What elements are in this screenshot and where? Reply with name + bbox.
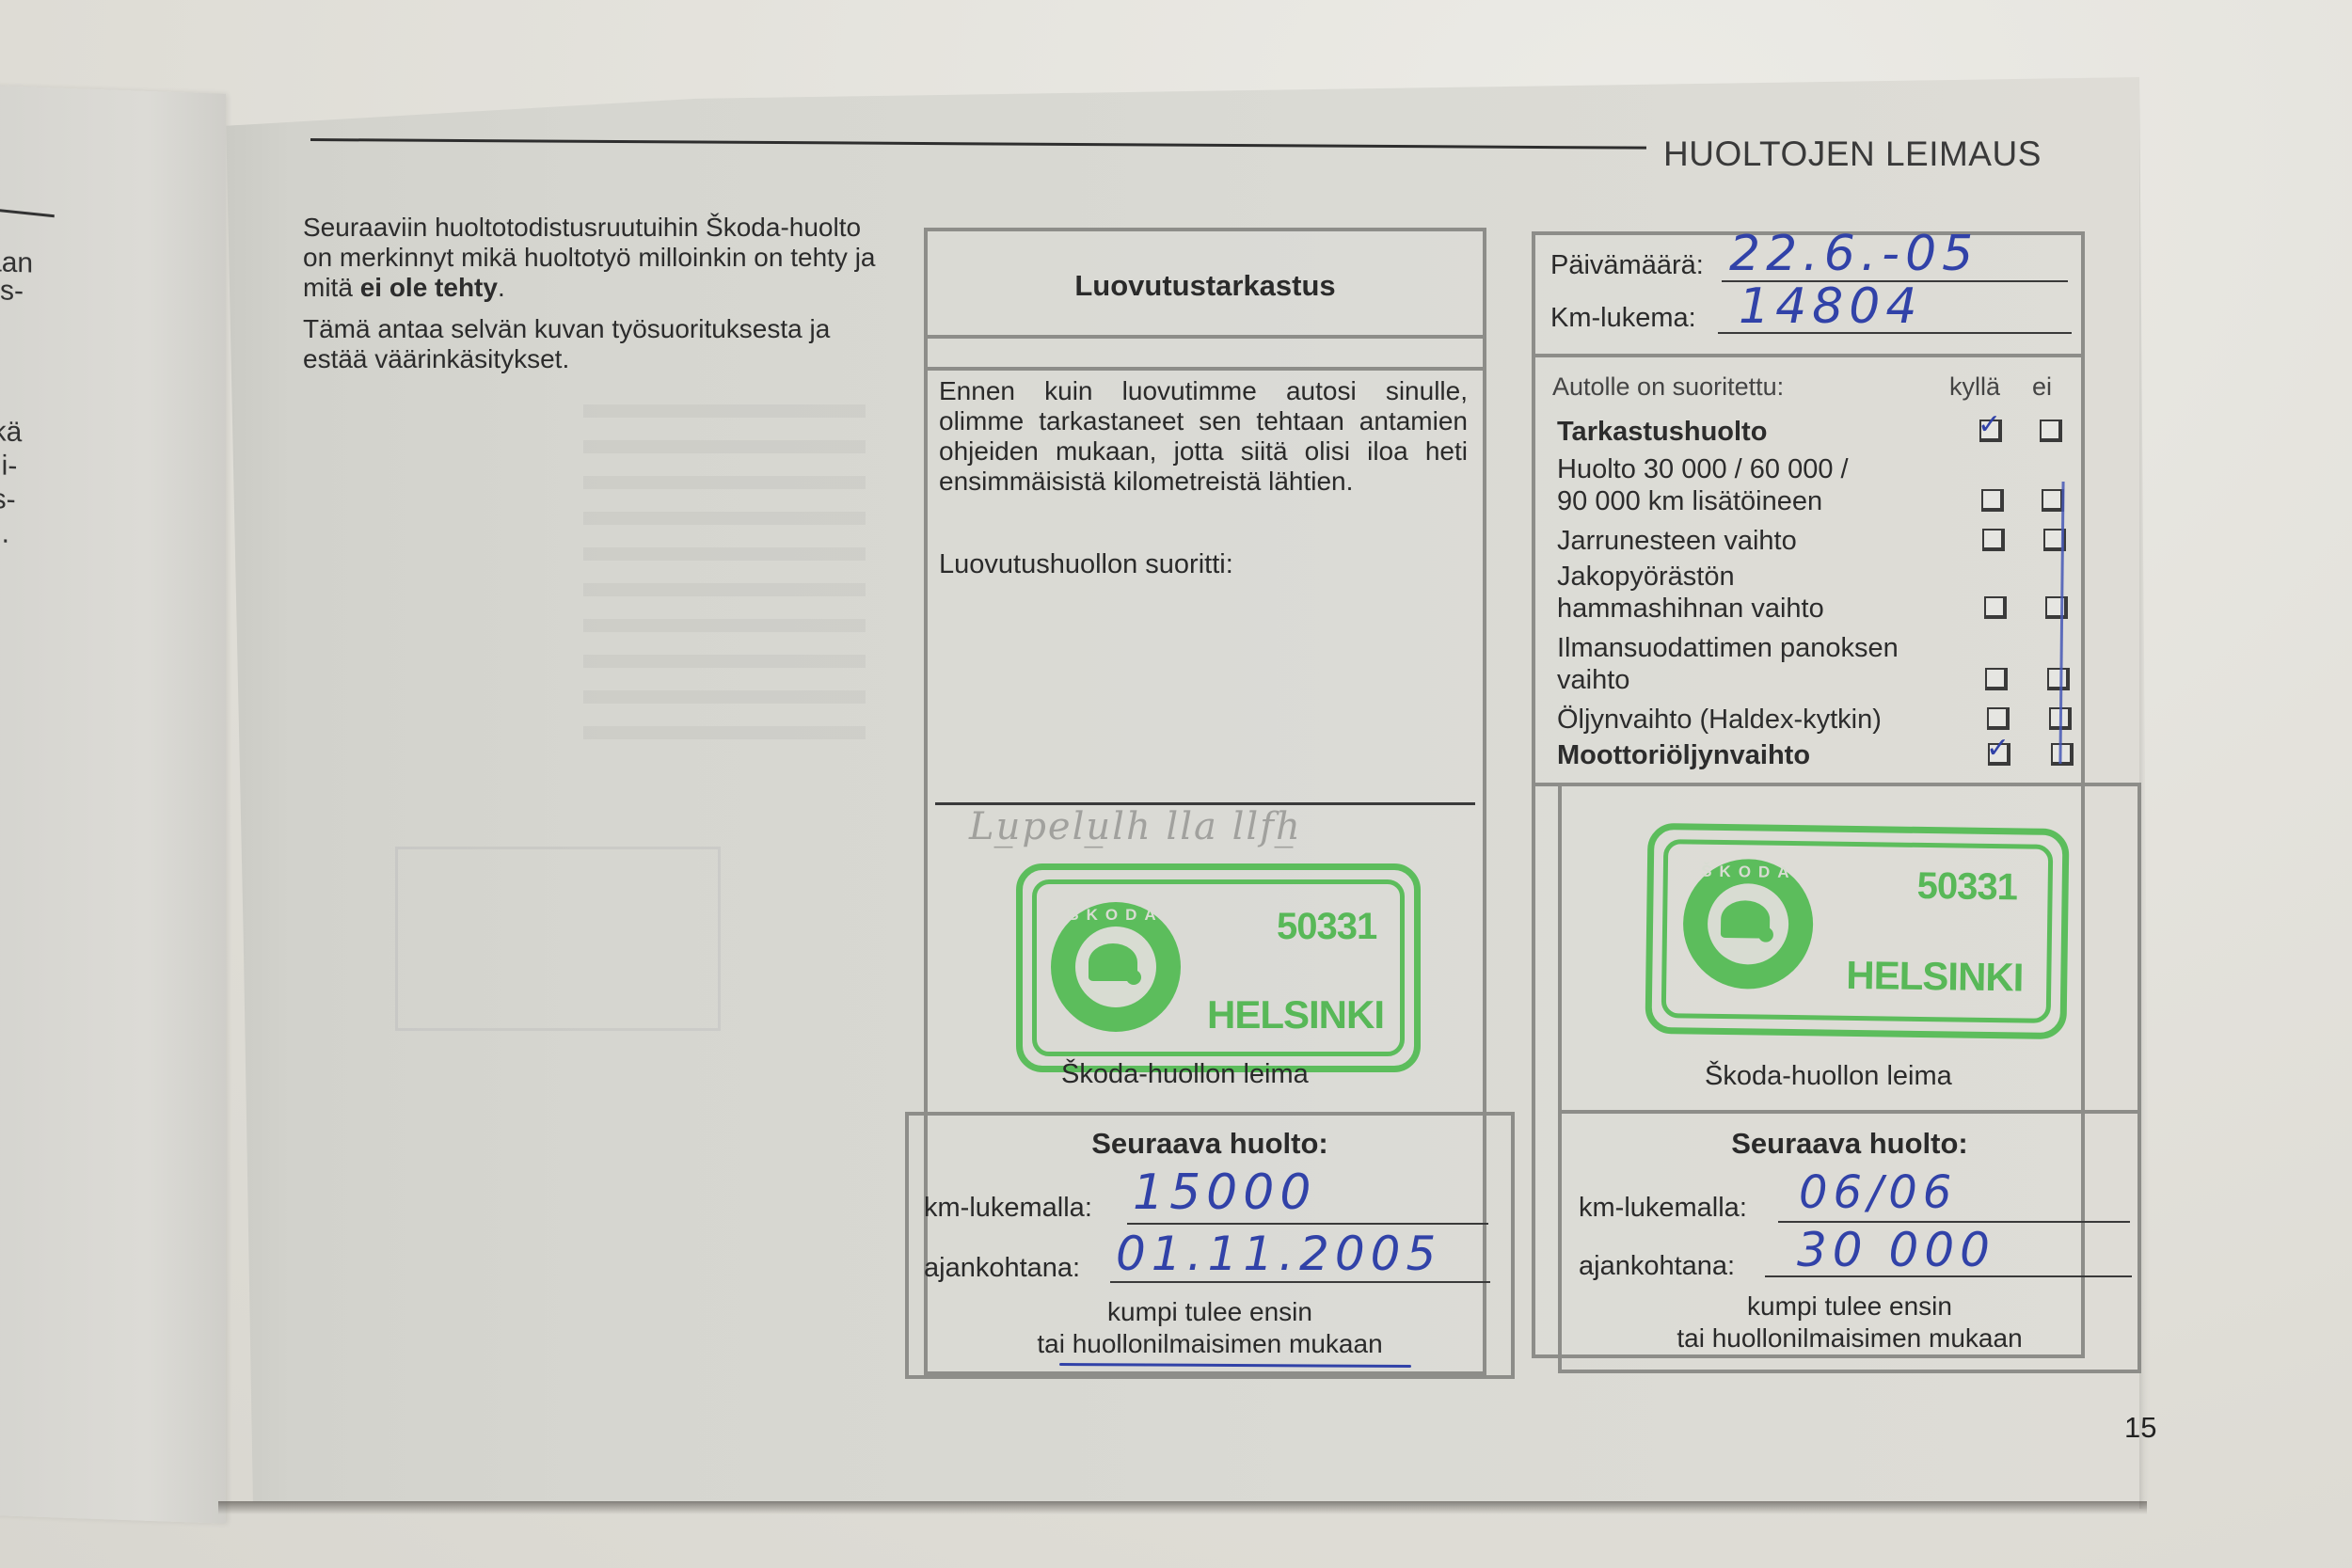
checklist-item: Huolto 30 000 / 60 000 / 90 000 km lisät… bbox=[1557, 453, 1867, 517]
stamp-dealer-number: 50331 bbox=[1277, 906, 1376, 948]
next-date-line bbox=[1110, 1281, 1490, 1283]
left-text-fragment: sä). bbox=[0, 515, 9, 551]
next-service-title: Seuraava huolto: bbox=[1562, 1127, 2137, 1161]
next-date-value[interactable]: 01.11.2005 bbox=[1116, 1227, 1441, 1281]
performed-by-label: Luovutushuollon suoritti: bbox=[939, 549, 1233, 580]
checkbox-no[interactable] bbox=[2051, 743, 2074, 766]
left-text-fragment: ami- bbox=[0, 448, 17, 483]
checkbox-no[interactable] bbox=[2045, 596, 2068, 619]
service-date-label: Päivämäärä: bbox=[1550, 250, 1704, 281]
next-km-line bbox=[1127, 1223, 1488, 1225]
next-service-note: kumpi tulee ensin tai huollonilmaisimen … bbox=[909, 1296, 1511, 1360]
checklist-item: Ilmansuodattimen panoksen vaihto bbox=[1557, 632, 1952, 696]
checklist-item: Tarkastushuolto bbox=[1557, 416, 1933, 448]
checkbox-no[interactable] bbox=[2040, 420, 2062, 442]
checkbox-yes[interactable] bbox=[1987, 707, 2010, 730]
left-header-rule bbox=[0, 205, 55, 217]
next-date-label: ajankohtana: bbox=[924, 1253, 1080, 1284]
checkbox-yes[interactable] bbox=[1984, 596, 2007, 619]
left-text-fragment: sekä bbox=[0, 414, 22, 450]
card-divider bbox=[924, 367, 1486, 371]
service-date-value[interactable]: 22.6.-05 bbox=[1729, 226, 1979, 282]
left-text-fragment: stus- bbox=[0, 273, 24, 309]
service-km-value[interactable]: 14804 bbox=[1739, 278, 1922, 335]
intro-text: Seuraaviin huoltotodistusruutuihin Škoda… bbox=[303, 213, 886, 386]
checklist-item: Moottoriöljynvaihto bbox=[1557, 739, 1971, 771]
stamp-city: HELSINKI bbox=[1207, 992, 1384, 1037]
page-number: 15 bbox=[2124, 1411, 2156, 1445]
stamp-caption: Škoda-huollon leima bbox=[1705, 1061, 1952, 1092]
left-text-fragment: ses- bbox=[0, 482, 16, 517]
page-edge-shadow bbox=[218, 1501, 2147, 1514]
stamp-city: HELSINKI bbox=[1846, 953, 2024, 1001]
next-km-label: km-lukemalla: bbox=[924, 1193, 1092, 1224]
intro-paragraph-2: Tämä antaa selvän kuvan työsuorituksesta… bbox=[303, 314, 886, 374]
page-title: HUOLTOJEN LEIMAUS bbox=[1663, 135, 2042, 174]
checkbox-yes[interactable] bbox=[1982, 529, 2005, 551]
col-no-header: ei bbox=[2032, 372, 2052, 402]
checkbox-yes[interactable] bbox=[1981, 489, 2004, 512]
check-mark-icon: ✓ bbox=[1986, 732, 2010, 765]
card-divider bbox=[924, 335, 1486, 339]
next-date-value[interactable]: 30 000 bbox=[1797, 1223, 1995, 1277]
performed-label: Autolle on suoritettu: bbox=[1552, 372, 1784, 402]
left-page: etaan stus- sekä ami- ses- sä). kin la- … bbox=[0, 85, 226, 1524]
next-service-title: Seuraava huolto: bbox=[909, 1127, 1511, 1161]
check-mark-icon: ✓ bbox=[1978, 408, 2001, 441]
next-service-note: kumpi tulee ensin tai huollonilmaisimen … bbox=[1562, 1291, 2137, 1354]
card-divider bbox=[1562, 1110, 2137, 1114]
bleed-through-box bbox=[395, 847, 721, 1031]
next-km-value[interactable]: 06/06 bbox=[1799, 1166, 1957, 1219]
dealer-stamp: ŠKODA 50331 HELSINKI bbox=[1016, 863, 1421, 1072]
stamp-caption: Škoda-huollon leima bbox=[1061, 1059, 1309, 1090]
checklist-item: Jarrunesteen vaihto bbox=[1557, 525, 1933, 557]
checklist-item: Jakopyörästön hammashihnan vaihto bbox=[1557, 561, 1839, 625]
checkbox-yes[interactable] bbox=[1985, 668, 2008, 690]
checkbox-no[interactable] bbox=[2047, 668, 2070, 690]
delivery-card-title: Luovutustarkastus bbox=[928, 269, 1483, 303]
skoda-logo-icon: ŠKODA bbox=[1051, 902, 1181, 1032]
bleed-through-text bbox=[583, 404, 866, 762]
col-yes-header: kyllä bbox=[1949, 372, 2000, 402]
dealer-stamp: ŠKODA 50331 HELSINKI bbox=[1645, 823, 2069, 1039]
signature: Lu̲pelu̲lh lla llfh̲ bbox=[969, 805, 1302, 848]
next-km-label: km-lukemalla: bbox=[1579, 1193, 1747, 1224]
service-km-label: Km-lukema: bbox=[1550, 303, 1696, 334]
card-divider bbox=[1532, 354, 2085, 357]
checklist-item: Öljynvaihto (Haldex-kytkin) bbox=[1557, 704, 1971, 736]
delivery-card-body: Ennen kuin luovutimme autosi sinulle, ol… bbox=[939, 376, 1468, 497]
stamp-dealer-number: 50331 bbox=[1916, 865, 2017, 909]
next-date-label: ajankohtana: bbox=[1579, 1251, 1735, 1282]
next-km-value[interactable]: 15000 bbox=[1133, 1164, 1316, 1221]
intro-paragraph-1: Seuraaviin huoltotodistusruutuihin Škoda… bbox=[303, 213, 886, 303]
